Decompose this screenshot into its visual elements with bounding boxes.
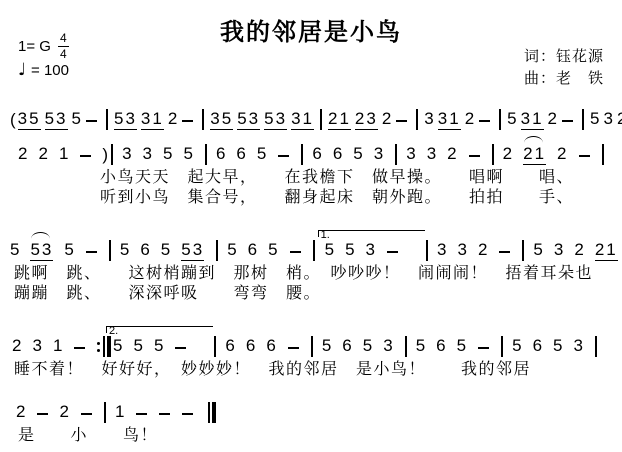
note: 53 [45,109,68,130]
note: 5 [325,240,334,261]
lyric-line: 小鸟天天 起大早， 在我檐下 做早操。 唱啊 唱、 [10,168,612,188]
note: 53 [181,240,204,261]
note: 2 [617,109,622,130]
note: 6 [248,240,257,261]
note: 3 [366,240,375,261]
barline [416,109,418,130]
barline [205,144,207,165]
barline [501,336,503,357]
barline [522,240,524,261]
note: 5 [133,336,142,357]
time-signature-numerator: 4 [58,32,69,47]
note: 6 [236,144,245,165]
barline [492,144,494,165]
barline [104,402,106,423]
lyricist-credit: 词：钰花源 [524,46,604,68]
note: 5 [64,240,73,261]
note: 3 [32,336,41,357]
note: 6 [342,336,351,357]
note: 5 [363,336,372,357]
note: 35 [18,109,41,130]
note: 5 [113,336,122,357]
dash-note-extension [175,347,186,349]
note: 2 [38,144,47,165]
barline [405,336,407,357]
note: 23 [355,109,378,130]
barline [499,109,501,130]
lyric-line: 蹦蹦 跳、 深深呼吸 弯弯 腰。 [10,284,612,304]
note: 6 [436,336,445,357]
music-line: (35535533123553533121232331253125323 [10,98,612,130]
note: 5 [512,336,521,357]
note: 2 [382,109,391,130]
dash-note-extension [396,120,407,122]
note: 1 [115,402,124,423]
key-time-signature: 1= G 4 4 [18,32,69,60]
dash-note-extension [81,413,92,415]
note: 3 [457,240,466,261]
dash-note-extension [387,251,398,253]
barline [602,144,604,165]
dash-note-extension [562,120,573,122]
note: 6 [533,336,542,357]
note: 2 [465,109,474,130]
note: 2 [503,144,512,165]
dash-note-extension [159,413,170,415]
dash-note-extension [478,347,489,349]
note: 2 [18,144,27,165]
note: 31 [438,109,461,130]
note: 53 [30,240,53,261]
note: 2 [447,144,456,165]
note: 2 [574,240,583,261]
barline [202,109,204,130]
note: 5 [72,109,81,130]
note: 31 [141,109,164,130]
dash-note-extension [86,120,97,122]
note: 6 [140,240,149,261]
lyric-line: 是 小 鸟！ [10,426,612,446]
note: 53 [237,109,260,130]
sheet-music-page: 我的邻居是小鸟 1= G 4 4 ♩ = 100 词：钰花源 曲：老 铁 (35… [0,0,622,452]
note: 35 [210,109,233,130]
note: 2 [16,402,25,423]
score-system: 5535565535651.55333253221跳啊 跳、 这树梢蹦到 那树 … [10,219,612,304]
note: 2 [478,240,487,261]
barline [313,240,315,261]
score-header: 我的邻居是小鸟 1= G 4 4 ♩ = 100 词：钰花源 曲：老 铁 [10,6,612,98]
note: 21 [328,109,351,130]
barline [320,109,322,130]
key-signature: 1= G [18,38,51,55]
score-system: 221是 小 鸟！ [10,391,612,446]
note: 2 [557,144,566,165]
note: 6 [333,144,342,165]
note: 2 [12,336,21,357]
dash-note-extension [37,413,48,415]
tempo-value: = 100 [31,62,69,79]
dash-note-extension [479,120,490,122]
music-line: 2312.55566656535655653 [12,315,612,357]
note: 5 [120,240,129,261]
music-line: 5535565535651.55333253221 [10,219,612,261]
note: 6 [225,336,234,357]
note: 3 [143,144,152,165]
note: 6 [266,336,275,357]
note: 2 [59,402,68,423]
note: 3 [374,144,383,165]
note: 21 [523,144,546,165]
note: 53 [114,109,137,130]
note: 5 [553,336,562,357]
note: 3 [437,240,446,261]
final-barline [208,402,216,423]
credits: 词：钰花源 曲：老 铁 [524,46,604,90]
note: 2 [168,109,177,130]
note: 5 [154,336,163,357]
dash-note-extension [469,155,480,157]
barline [395,144,397,165]
volta-bracket: 1.553 [318,230,425,261]
time-signature: 4 4 [58,32,69,60]
dash-note-extension [579,155,590,157]
song-title: 我的邻居是小鸟 [10,12,612,47]
note: 3 [383,336,392,357]
note: 5 [533,240,542,261]
note: 2 [548,109,557,130]
quarter-note-icon: ♩ [18,62,26,79]
barline [216,240,218,261]
note: 5 [268,240,277,261]
note: 3 [424,109,433,130]
note: 1 [59,144,68,165]
lyric-line: 睡不着！ 好好好， 妙妙妙！ 我的邻居 是小鸟！ 我的邻居 [10,360,612,380]
score-system: 2312.55566656535655653睡不着！ 好好好， 妙妙妙！ 我的邻… [10,315,612,380]
barline [595,336,597,357]
barline [311,336,313,357]
note: 5 [227,240,236,261]
note: 5 [183,144,192,165]
volta-bracket: 2.555 [106,326,213,357]
music-line: 221)335566566533322212 [18,133,612,165]
note: 5 [163,144,172,165]
note: 5 [590,109,599,130]
note: 5 [507,109,516,130]
note: 31 [291,109,314,130]
note: 5 [161,240,170,261]
tempo-marking: ♩ = 100 [18,62,69,79]
barline [214,336,216,357]
dash-note-extension [182,120,193,122]
note: 5 [353,144,362,165]
parenthesis: ) [102,145,108,165]
dash-note-extension [290,251,301,253]
dash-note-extension [182,413,193,415]
barline [582,109,584,130]
lyric-line: 听到小鸟 集合号， 翻身起床 朝外跑。 拍拍 手、 [10,188,612,208]
note: 5 [457,336,466,357]
dash-note-extension [86,251,97,253]
parenthesis: ( [10,110,16,130]
score-system: (35535533123553533121232331253125323221)… [10,98,612,208]
dash-note-extension [499,251,510,253]
composer-credit: 曲：老 铁 [524,68,604,90]
lyric-line: 跳啊 跳、 这树梢蹦到 那树 梢。 吵吵吵！ 闹闹闹！ 捂着耳朵也 [10,264,612,284]
barline [106,109,108,130]
note: 5 [345,240,354,261]
note: 3 [427,144,436,165]
repeat-dots [97,342,100,352]
score-body: (35535533123553533121232331253125323221)… [10,98,612,446]
dash-note-extension [80,155,91,157]
note: 21 [595,240,618,261]
volta-label: 1. [321,230,330,241]
note: 3 [574,336,583,357]
note: 5 [416,336,425,357]
note: 1 [53,336,62,357]
barline [111,144,113,165]
dash-note-extension [288,347,299,349]
time-signature-denominator: 4 [60,47,67,61]
note: 31 [521,109,544,130]
note: 53 [264,109,287,130]
note: 5 [257,144,266,165]
note: 5 [10,240,19,261]
note: 3 [603,109,612,130]
barline [426,240,428,261]
note: 5 [322,336,331,357]
barline [109,240,111,261]
note: 3 [554,240,563,261]
note: 6 [216,144,225,165]
note: 6 [246,336,255,357]
note: 3 [122,144,131,165]
barline [301,144,303,165]
dash-note-extension [136,413,147,415]
music-line: 221 [16,391,612,423]
dash-note-extension [278,155,289,157]
note: 3 [406,144,415,165]
volta-label: 2. [109,326,118,337]
note: 6 [312,144,321,165]
dash-note-extension [74,347,85,349]
